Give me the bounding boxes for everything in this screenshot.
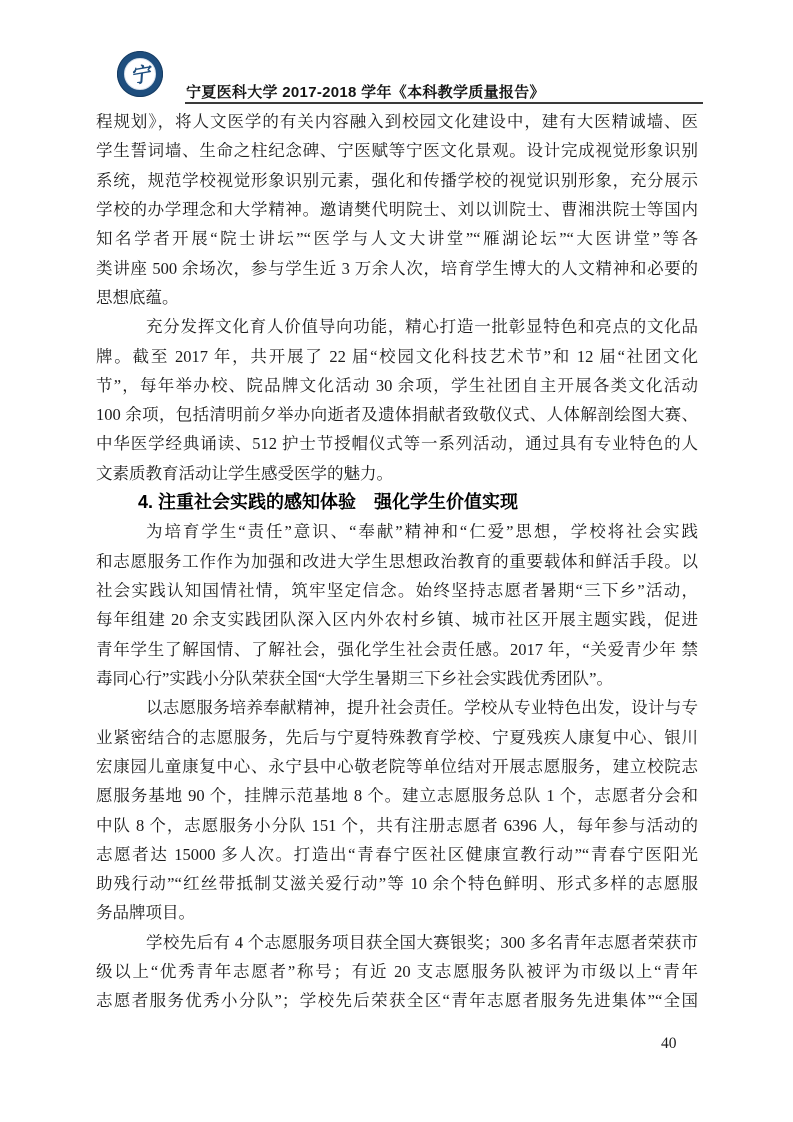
text-line: 牌。截至 2017 年，共开展了 22 届“校园文化科技艺术节”和 12 届“社… — [96, 342, 698, 371]
page-number: 40 — [661, 1035, 677, 1053]
text-line: 类讲座 500 余场次，参与学生近 3 万余人次，培育学生博大的人文精神和必要的 — [96, 254, 698, 283]
text-line: 充分发挥文化育人价值导向功能，精心打造一批彰显特色和亮点的文化品 — [96, 312, 698, 341]
header-rule — [185, 102, 703, 104]
text-line: 宏康园儿童康复中心、永宁县中心敬老院等单位结对开展志愿服务，建立校院志 — [96, 752, 698, 781]
text-line: 中队 8 个，志愿服务小分队 151 个，共有注册志愿者 6396 人，每年参与… — [96, 811, 698, 840]
text-line: 为培育学生“责任”意识、“奉献”精神和“仁爱”思想，学校将社会实践 — [96, 517, 698, 546]
text-line: 每年组建 20 余支实践团队深入区内外农村乡镇、城市社区开展主题实践，促进 — [96, 605, 698, 634]
paragraph: 充分发挥文化育人价值导向功能，精心打造一批彰显特色和亮点的文化品牌。截至 201… — [96, 312, 698, 488]
text-block: 程规划》，将人文医学的有关内容融入到校园文化建设中，建有大医精诚墙、医学生誓词墙… — [96, 107, 698, 1016]
text-line: 助残行动”“红丝带抵制艾滋关爱行动”等 10 余个特色鲜明、形式多样的志愿服 — [96, 869, 698, 898]
text-line: 毒同心行”实践小分队荣获全国“大学生暑期三下乡社会实践优秀团队”。 — [96, 664, 698, 693]
text-line: 学校的办学理念和大学精神。邀请樊代明院士、刘以训院士、曹湘洪院士等国内 — [96, 195, 698, 224]
paragraph: 为培育学生“责任”意识、“奉献”精神和“仁爱”思想，学校将社会实践和志愿服务工作… — [96, 517, 698, 693]
section-heading-line: 4. 注重社会实践的感知体验 强化学生价值实现 — [96, 488, 698, 517]
university-logo-icon: 宁 — [117, 51, 163, 97]
text-line: 和志愿服务工作作为加强和改进大学生思想政治教育的重要载体和鲜活手段。以 — [96, 547, 698, 576]
text-line: 志愿者服务优秀小分队”；学校先后荣获全区“青年志愿者服务先进集体”“全国 — [96, 986, 698, 1015]
text-line: 程规划》，将人文医学的有关内容融入到校园文化建设中，建有大医精诚墙、医 — [96, 107, 698, 136]
text-line: 学校先后有 4 个志愿服务项目获全国大赛银奖；300 多名青年志愿者荣获市 — [96, 928, 698, 957]
text-line: 业紧密结合的志愿服务，先后与宁夏特殊教育学校、宁夏残疾人康复中心、银川 — [96, 723, 698, 752]
text-line: 知名学者开展“院士讲坛”“医学与人文大讲堂”“雁湖论坛”“大医讲堂”等各 — [96, 224, 698, 253]
text-line: 文素质教育活动让学生感受医学的魅力。 — [96, 459, 698, 488]
text-line: 思想底蕴。 — [96, 283, 698, 312]
text-line: 系统，规范学校视觉形象识别元素，强化和传播学校的视觉识别形象，充分展示 — [96, 166, 698, 195]
text-line: 务品牌项目。 — [96, 898, 698, 927]
text-line: 青年学生了解国情、了解社会，强化学生社会责任感。2017 年，“关爱青少年 禁 — [96, 635, 698, 664]
paragraph: 学校先后有 4 个志愿服务项目获全国大赛银奖；300 多名青年志愿者荣获市级以上… — [96, 928, 698, 1016]
text-line: 中华医学经典诵读、512 护士节授帽仪式等一系列活动，通过具有专业特色的人 — [96, 429, 698, 458]
logo-glyph: 宁 — [127, 57, 152, 89]
text-line: 学生誓词墙、生命之柱纪念碑、宁医赋等宁医文化景观。设计完成视觉形象识别 — [96, 136, 698, 165]
paragraph: 以志愿服务培养奉献精神，提升社会责任。学校从专业特色出发，设计与专业紧密结合的志… — [96, 693, 698, 928]
section-heading: 4. 注重社会实践的感知体验 强化学生价值实现 — [96, 488, 698, 517]
document-page: 宁 宁夏医科大学 2017-2018 学年《本科教学质量报告》 程规划》，将人文… — [0, 0, 793, 1122]
text-line: 以志愿服务培养奉献精神，提升社会责任。学校从专业特色出发，设计与专 — [96, 693, 698, 722]
text-line: 愿服务基地 90 个，挂牌示范基地 8 个。建立志愿服务总队 1 个，志愿者分会… — [96, 781, 698, 810]
text-line: 社会实践认知国情社情，筑牢坚定信念。始终坚持志愿者暑期“三下乡”活动， — [96, 576, 698, 605]
text-line: 志愿者达 15000 多人次。打造出“青春宁医社区健康宣教行动”“青春宁医阳光 — [96, 840, 698, 869]
text-line: 节”，每年举办校、院品牌文化活动 30 余项，学生社团自主开展各类文化活动 — [96, 371, 698, 400]
text-line: 级以上“优秀青年志愿者”称号；有近 20 支志愿服务队被评为市级以上“青年 — [96, 957, 698, 986]
logo-inner-disc: 宁 — [124, 58, 156, 90]
paragraph: 程规划》，将人文医学的有关内容融入到校园文化建设中，建有大医精诚墙、医学生誓词墙… — [96, 107, 698, 312]
header-title: 宁夏医科大学 2017-2018 学年《本科教学质量报告》 — [186, 81, 545, 102]
text-line: 100 余项，包括清明前夕举办向逝者及遗体捐献者致敬仪式、人体解剖绘图大赛、 — [96, 400, 698, 429]
